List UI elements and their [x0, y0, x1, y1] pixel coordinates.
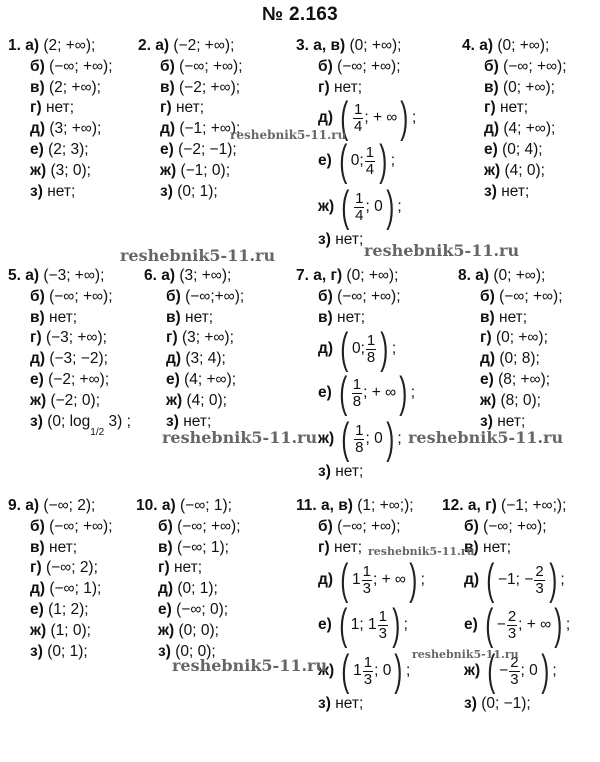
answer-label: з): [158, 643, 171, 660]
answer-row: б) (−∞; +∞);: [462, 57, 567, 78]
answer-row: ж) (3; 0);: [8, 161, 113, 182]
answer-row: г) (−∞; 2);: [8, 558, 113, 579]
answer-value: нет;: [334, 539, 362, 556]
answer-value: нет;: [335, 695, 363, 712]
answer-label: ж): [30, 622, 46, 639]
answer-label: а): [162, 497, 176, 514]
answer-value: (−2; −1);: [178, 141, 237, 158]
numerator: 2: [534, 564, 544, 581]
answer-label: а): [25, 267, 39, 284]
answer-label: ж): [484, 162, 500, 179]
answer-row: ж) (8; 0);: [458, 391, 563, 412]
answer-value: (0; 1);: [47, 643, 87, 660]
answer-label: в): [30, 309, 45, 326]
answer-row: е) (0;14);: [296, 138, 416, 184]
answer-row: б) (−∞; +∞);: [296, 57, 416, 78]
answer-row: г) (−3; +∞);: [8, 328, 131, 349]
answer-value: (3; +∞);: [179, 267, 231, 284]
problem-number: 6.: [144, 267, 157, 284]
problem-number: 9.: [8, 497, 21, 514]
numerator: 1: [352, 377, 362, 394]
answer-value: (−3; −2);: [49, 350, 108, 367]
answer-label: ж): [30, 162, 46, 179]
answer-label: д): [318, 570, 333, 591]
answer-label: д): [166, 350, 181, 367]
answer-row: е) (1; 113);: [296, 602, 425, 648]
fraction: 13: [362, 564, 372, 597]
answer-row: е) (8; +∞);: [458, 370, 563, 391]
problem-number: 12.: [442, 497, 464, 514]
answer-row: е) (1; 2);: [8, 600, 113, 621]
answer-row: д) (4; +∞);: [462, 119, 567, 140]
answer-label: г): [318, 539, 330, 556]
answer-row: 2. а) (−2; +∞);: [138, 36, 243, 57]
answer-value: (0; +∞);: [350, 37, 402, 54]
answer-value: (−∞; +∞);: [49, 58, 112, 75]
answer-row: в) (−∞; 1);: [136, 538, 241, 559]
answer-value: нет;: [49, 539, 77, 556]
denominator: 8: [355, 440, 363, 456]
answer-value: (0; +∞);: [503, 79, 555, 96]
answer-row: 6. а) (3; +∞);: [144, 266, 244, 287]
answer-label: а): [479, 37, 493, 54]
answer-value: (0; −1);: [481, 695, 531, 712]
answer-value: (2; +∞);: [49, 79, 101, 96]
numerator: 2: [507, 609, 517, 626]
answer-tail: ;: [421, 570, 425, 591]
answer-value: нет;: [49, 309, 77, 326]
problem-block: 9. а) (−∞; 2);б) (−∞; +∞);в) нет;г) (−∞;…: [8, 496, 113, 662]
answer-value: (0; +∞);: [497, 37, 549, 54]
problem-block: 8. а) (0; +∞);б) (−∞; +∞);в) нет;г) (0; …: [458, 266, 563, 432]
answer-label: а): [475, 267, 489, 284]
answer-value: нет;: [176, 99, 204, 116]
answer-label: г): [160, 99, 172, 116]
answer-row: ж) (−1; 0);: [138, 161, 243, 182]
answer-label: а, в): [321, 497, 353, 514]
answer-row: 4. а) (0; +∞);: [462, 36, 567, 57]
answer-label: д): [30, 350, 45, 367]
answer-part: 0;: [351, 151, 364, 172]
answer-row: ж) (4; 0);: [462, 161, 567, 182]
answer-tail: ;: [552, 661, 556, 682]
answer-value: (4; +∞);: [184, 371, 236, 388]
answer-value: (3; 4);: [185, 350, 225, 367]
answer-value: нет;: [499, 309, 527, 326]
answer-label: б): [158, 518, 173, 535]
answer-row: 5. а) (−3; +∞);: [8, 266, 131, 287]
answer-label: д): [318, 108, 333, 129]
fraction: 18: [366, 333, 376, 366]
answer-value: (−∞; +∞);: [49, 288, 112, 305]
answer-value: (0; +∞);: [496, 329, 548, 346]
answer-label: д): [480, 350, 495, 367]
answer-value: (−∞; +∞);: [179, 58, 242, 75]
fraction: 14: [353, 102, 363, 135]
answer-label: г): [318, 79, 330, 96]
answer-row: ж) (−2; 0);: [8, 391, 131, 412]
answer-tail: ;: [566, 615, 570, 636]
answer-row: д) (−3; −2);: [8, 349, 131, 370]
answer-value: (−2; +∞);: [48, 371, 109, 388]
answer-value: нет;: [500, 99, 528, 116]
answer-value: (3; +∞);: [182, 329, 234, 346]
answer-label: в): [30, 539, 45, 556]
answer-row: з) нет;: [8, 182, 113, 203]
answer-label: ж): [480, 392, 496, 409]
answer-value: (4; 0);: [186, 392, 226, 409]
answer-label: г): [158, 559, 170, 576]
answer-value: нет;: [174, 559, 202, 576]
answer-value: (−1; +∞;);: [501, 497, 566, 514]
answer-value: нет;: [46, 99, 74, 116]
answer-label: е): [318, 151, 332, 172]
numerator: 1: [354, 423, 364, 440]
problem-number: 5.: [8, 267, 21, 284]
answer-value: (0; log: [47, 413, 90, 430]
answer-label: в): [160, 79, 175, 96]
answer-value: нет;: [501, 183, 529, 200]
denominator: 3: [364, 672, 372, 688]
left-paren-icon: (: [342, 187, 350, 227]
answer-row: 10. а) (−∞; 1);: [136, 496, 241, 517]
answer-value: нет;: [335, 463, 363, 480]
problem-number: 3.: [296, 37, 309, 54]
answer-row: 1. а) (2; +∞);: [8, 36, 113, 57]
answer-value: (0; +∞);: [346, 267, 398, 284]
watermark: reshebnik5-11.ru: [412, 648, 519, 661]
numerator: 1: [366, 333, 376, 350]
answer-part: ; 0: [521, 661, 538, 682]
answer-row: б) (−∞; +∞);: [458, 287, 563, 308]
answer-row: ж) (1; 0);: [8, 621, 113, 642]
answer-row: д) (−1; +∞);: [138, 119, 243, 140]
problem-number: 7.: [296, 267, 309, 284]
answer-value: (−∞; 0);: [176, 601, 228, 618]
answer-row: 7. а, г) (0; +∞);: [296, 266, 415, 287]
answer-row: б) (−∞; +∞);: [442, 517, 570, 538]
answer-value: (8; 0);: [500, 392, 540, 409]
right-paren-icon: ): [381, 329, 389, 369]
denominator: 3: [379, 626, 387, 642]
watermark: reshebnik5-11.ru: [172, 656, 327, 675]
answer-value: (0; 1);: [177, 183, 217, 200]
answer-label: з): [318, 231, 331, 248]
answer-value: нет;: [483, 539, 511, 556]
answer-label: з): [160, 183, 173, 200]
answer-row: з) (0; log1/2 3) ;: [8, 412, 131, 433]
answer-label: д): [464, 570, 479, 591]
answer-label: а): [25, 37, 39, 54]
numerator: 1: [353, 102, 363, 119]
answer-row: в) (2; +∞);: [8, 78, 113, 99]
answer-label: ж): [160, 162, 176, 179]
answer-label: а, в): [313, 37, 345, 54]
answer-value: (3; +∞);: [49, 120, 101, 137]
answer-value: (−∞; +∞);: [49, 518, 112, 535]
answer-label: а, г): [313, 267, 342, 284]
answer-label: е): [30, 141, 44, 158]
answer-row: д) (0; 8);: [458, 349, 563, 370]
answer-tail: ;: [404, 615, 408, 636]
answer-label: е): [158, 601, 172, 618]
right-paren-icon: ): [392, 605, 400, 645]
watermark: reshebnik5-11.ru: [368, 545, 475, 558]
answer-value: нет;: [185, 309, 213, 326]
answer-row: в) нет;: [296, 308, 415, 329]
answer-label: е): [160, 141, 174, 158]
right-paren-icon: ): [379, 141, 387, 181]
answer-row: з) (0; 1);: [138, 182, 243, 203]
answer-row: 8. а) (0; +∞);: [458, 266, 563, 287]
denominator: 4: [366, 162, 374, 178]
answer-label: е): [318, 615, 332, 636]
answer-part: ; + ∞: [373, 570, 406, 591]
watermark: reshebnik5-11.ru: [364, 241, 519, 260]
answer-label: а): [155, 37, 169, 54]
problem-block: 7. а, г) (0; +∞);б) (−∞; +∞);в) нет;д) (…: [296, 266, 415, 483]
answer-row: 12. а, г) (−1; +∞;);: [442, 496, 570, 517]
answer-value: (4; +∞);: [503, 120, 555, 137]
answer-label: в): [484, 79, 499, 96]
fraction: 13: [378, 609, 388, 642]
answer-label: а): [25, 497, 39, 514]
answer-row: д) (−∞; 1);: [8, 579, 113, 600]
answer-value: (0; 0);: [178, 622, 218, 639]
problem-block: 12. а, г) (−1; +∞;);б) (−∞; +∞);в) нет;д…: [442, 496, 570, 715]
answer-value: (0; +∞);: [493, 267, 545, 284]
answer-value: (−∞; +∞);: [337, 518, 400, 535]
answer-row: б) (−∞; +∞);: [136, 517, 241, 538]
answer-row: д) (3; 4);: [144, 349, 244, 370]
left-paren-icon: (: [339, 373, 347, 413]
denominator: 3: [508, 626, 516, 642]
problem-block: 11. а, в) (1; +∞;);б) (−∞; +∞);г) нет;д)…: [296, 496, 425, 715]
left-paren-icon: (: [339, 605, 347, 645]
answer-label: е): [30, 371, 44, 388]
denominator: 8: [353, 394, 361, 410]
answer-value: (2; 3);: [48, 141, 88, 158]
answer-row: 11. а, в) (1; +∞;);: [296, 496, 425, 517]
answer-row: ж) (0; 0);: [136, 621, 241, 642]
problem-block: 1. а) (2; +∞);б) (−∞; +∞);в) (2; +∞);г) …: [8, 36, 113, 202]
answer-row: б) (−∞; +∞);: [8, 517, 113, 538]
answer-label: в): [158, 539, 173, 556]
problem-block: 10. а) (−∞; 1);б) (−∞; +∞);в) (−∞; 1);г)…: [136, 496, 241, 662]
watermark: reshebnik5-11.ru: [120, 246, 275, 265]
answer-value: (−∞; 2);: [46, 559, 98, 576]
answer-label: е): [30, 601, 44, 618]
answer-row: г) нет;: [296, 78, 416, 99]
answer-tail: ;: [406, 661, 410, 682]
answer-label: ж): [166, 392, 182, 409]
answer-label: ж): [464, 661, 480, 682]
answer-part: ; 0: [365, 197, 382, 218]
answer-label: д): [158, 580, 173, 597]
denominator: 8: [367, 350, 375, 366]
answer-label: д): [484, 120, 499, 137]
answer-row: в) (−2; +∞);: [138, 78, 243, 99]
numerator: 1: [363, 655, 373, 672]
answer-row: е) (0; 4);: [462, 140, 567, 161]
answer-tail: ;: [392, 339, 396, 360]
answer-label: б): [30, 58, 45, 75]
answer-value: (−1; 0);: [180, 162, 230, 179]
answer-part: ; + ∞: [518, 615, 551, 636]
fraction: 18: [352, 377, 362, 410]
answer-row: б) (−∞; +∞);: [296, 287, 415, 308]
answer-label: б): [464, 518, 479, 535]
answer-label: б): [484, 58, 499, 75]
answer-tail: ;: [397, 429, 401, 450]
problem-block: 5. а) (−3; +∞);б) (−∞; +∞);в) нет;г) (−3…: [8, 266, 131, 432]
answer-value: (−∞; 2);: [43, 497, 95, 514]
answer-row: е) (2; 3);: [8, 140, 113, 161]
answer-row: г) нет;: [138, 98, 243, 119]
left-paren-icon: (: [339, 141, 347, 181]
answer-row: д) (0;18);: [296, 328, 415, 370]
answer-value: (1; 2);: [48, 601, 88, 618]
log-base: 1/2: [90, 427, 104, 438]
answer-row: в) нет;: [458, 308, 563, 329]
right-paren-icon: ): [541, 651, 549, 691]
problem-block: 4. а) (0; +∞);б) (−∞; +∞);в) (0; +∞);г) …: [462, 36, 567, 202]
right-paren-icon: ): [386, 419, 394, 459]
answer-label: б): [166, 288, 181, 305]
denominator: 3: [510, 672, 518, 688]
answer-value: (−∞; +∞);: [337, 288, 400, 305]
answer-label: г): [480, 329, 492, 346]
answer-value: (−∞; 1);: [180, 497, 232, 514]
page-title: № 2.163: [0, 4, 600, 26]
answer-row: б) (−∞; +∞);: [8, 287, 131, 308]
answer-row: г) (3; +∞);: [144, 328, 244, 349]
answer-row: б) (−∞; +∞);: [8, 57, 113, 78]
answer-value: (−∞; +∞);: [337, 58, 400, 75]
fraction: 14: [365, 145, 375, 178]
problem-number: 1.: [8, 37, 21, 54]
answer-label: д): [160, 120, 175, 137]
left-paren-icon: (: [342, 651, 350, 691]
answer-label: б): [30, 518, 45, 535]
denominator: 3: [363, 581, 371, 597]
answer-label: б): [318, 58, 333, 75]
answer-row: в) нет;: [144, 308, 244, 329]
answer-row: е) (−∞; 0);: [136, 600, 241, 621]
answer-label: б): [480, 288, 495, 305]
answer-value: (0; 1);: [177, 580, 217, 597]
answer-row: д) (−1; −23);: [442, 558, 570, 602]
problem-number: 8.: [458, 267, 471, 284]
answer-row: в) нет;: [8, 308, 131, 329]
numerator: 1: [365, 145, 375, 162]
answer-row: д) (0; 1);: [136, 579, 241, 600]
right-paren-icon: ): [549, 560, 557, 600]
answer-row: в) (0; +∞);: [462, 78, 567, 99]
answer-value: (−∞; +∞);: [177, 518, 240, 535]
fraction: 14: [354, 191, 364, 224]
answer-part: ; + ∞: [363, 383, 396, 404]
answer-value-after: 3) ;: [104, 413, 131, 430]
denominator: 4: [354, 119, 362, 135]
answer-value: нет;: [337, 309, 365, 326]
answer-value: нет;: [335, 231, 363, 248]
answer-value: (−∞; 1);: [177, 539, 229, 556]
answer-part: ; 0: [365, 429, 382, 450]
answer-label: а, г): [468, 497, 497, 514]
problem-block: 2. а) (−2; +∞);б) (−∞; +∞);в) (−2; +∞);г…: [138, 36, 243, 202]
problem-block: 3. а, в) (0; +∞);б) (−∞; +∞);г) нет;д) (…: [296, 36, 416, 251]
problem-number: 11.: [296, 497, 317, 514]
problem-number: 2.: [138, 37, 151, 54]
fraction: 23: [534, 564, 544, 597]
answer-row: ж) (4; 0);: [144, 391, 244, 412]
answer-value: (−∞; 1);: [49, 580, 101, 597]
answer-value: (−2; +∞);: [179, 79, 240, 96]
answer-value: (0; 4);: [502, 141, 542, 158]
answer-label: е): [480, 371, 494, 388]
denominator: 4: [355, 208, 363, 224]
answer-row: е) (−2; +∞);: [8, 370, 131, 391]
problem-number: 10.: [136, 497, 158, 514]
denominator: 3: [535, 581, 543, 597]
answer-label: з): [484, 183, 497, 200]
answer-part: −: [497, 615, 506, 636]
answer-row: г) нет;: [462, 98, 567, 119]
answer-label: г): [30, 99, 42, 116]
answer-label: д): [30, 120, 45, 137]
fraction: 23: [507, 609, 517, 642]
answer-value: (−∞;+∞);: [185, 288, 244, 305]
answer-value: (−∞; +∞);: [503, 58, 566, 75]
answer-label: ж): [318, 429, 334, 450]
answer-row: з) нет;: [296, 462, 415, 483]
answer-label: в): [318, 309, 333, 326]
answer-label: в): [480, 309, 495, 326]
answer-value: нет;: [47, 183, 75, 200]
answer-part: −1; −: [498, 570, 533, 591]
right-paren-icon: ): [399, 373, 407, 413]
left-paren-icon: (: [342, 419, 350, 459]
answer-part: ; + ∞: [364, 108, 397, 129]
answer-row: в) нет;: [8, 538, 113, 559]
answer-tail: ;: [412, 108, 416, 129]
answer-label: з): [30, 413, 43, 430]
answer-row: ж) (14; 0);: [296, 184, 416, 230]
answer-label: г): [166, 329, 178, 346]
answer-row: д) (113; + ∞);: [296, 558, 425, 602]
answer-part: 0;: [352, 339, 365, 360]
right-paren-icon: ): [386, 187, 394, 227]
problem-block: 6. а) (3; +∞);б) (−∞;+∞);в) нет;г) (3; +…: [144, 266, 244, 432]
answer-label: г): [484, 99, 496, 116]
answer-part: ; 0: [374, 661, 391, 682]
answer-label: з): [30, 183, 43, 200]
answer-row: е) (−2; −1);: [138, 140, 243, 161]
answer-label: е): [484, 141, 498, 158]
answer-value: (0; 8);: [499, 350, 539, 367]
watermark: reshebnik5-11.ru: [230, 128, 346, 142]
answer-row: д) (3; +∞);: [8, 119, 113, 140]
answer-value: (2; +∞);: [43, 37, 95, 54]
answer-label: г): [30, 329, 42, 346]
right-paren-icon: ): [401, 98, 409, 138]
answer-value: (−2; 0);: [50, 392, 100, 409]
answer-label: з): [318, 695, 331, 712]
answer-row: з) (0; −1);: [442, 694, 570, 715]
answer-tail: ;: [391, 151, 395, 172]
watermark: reshebnik5-11.ru: [162, 428, 317, 447]
